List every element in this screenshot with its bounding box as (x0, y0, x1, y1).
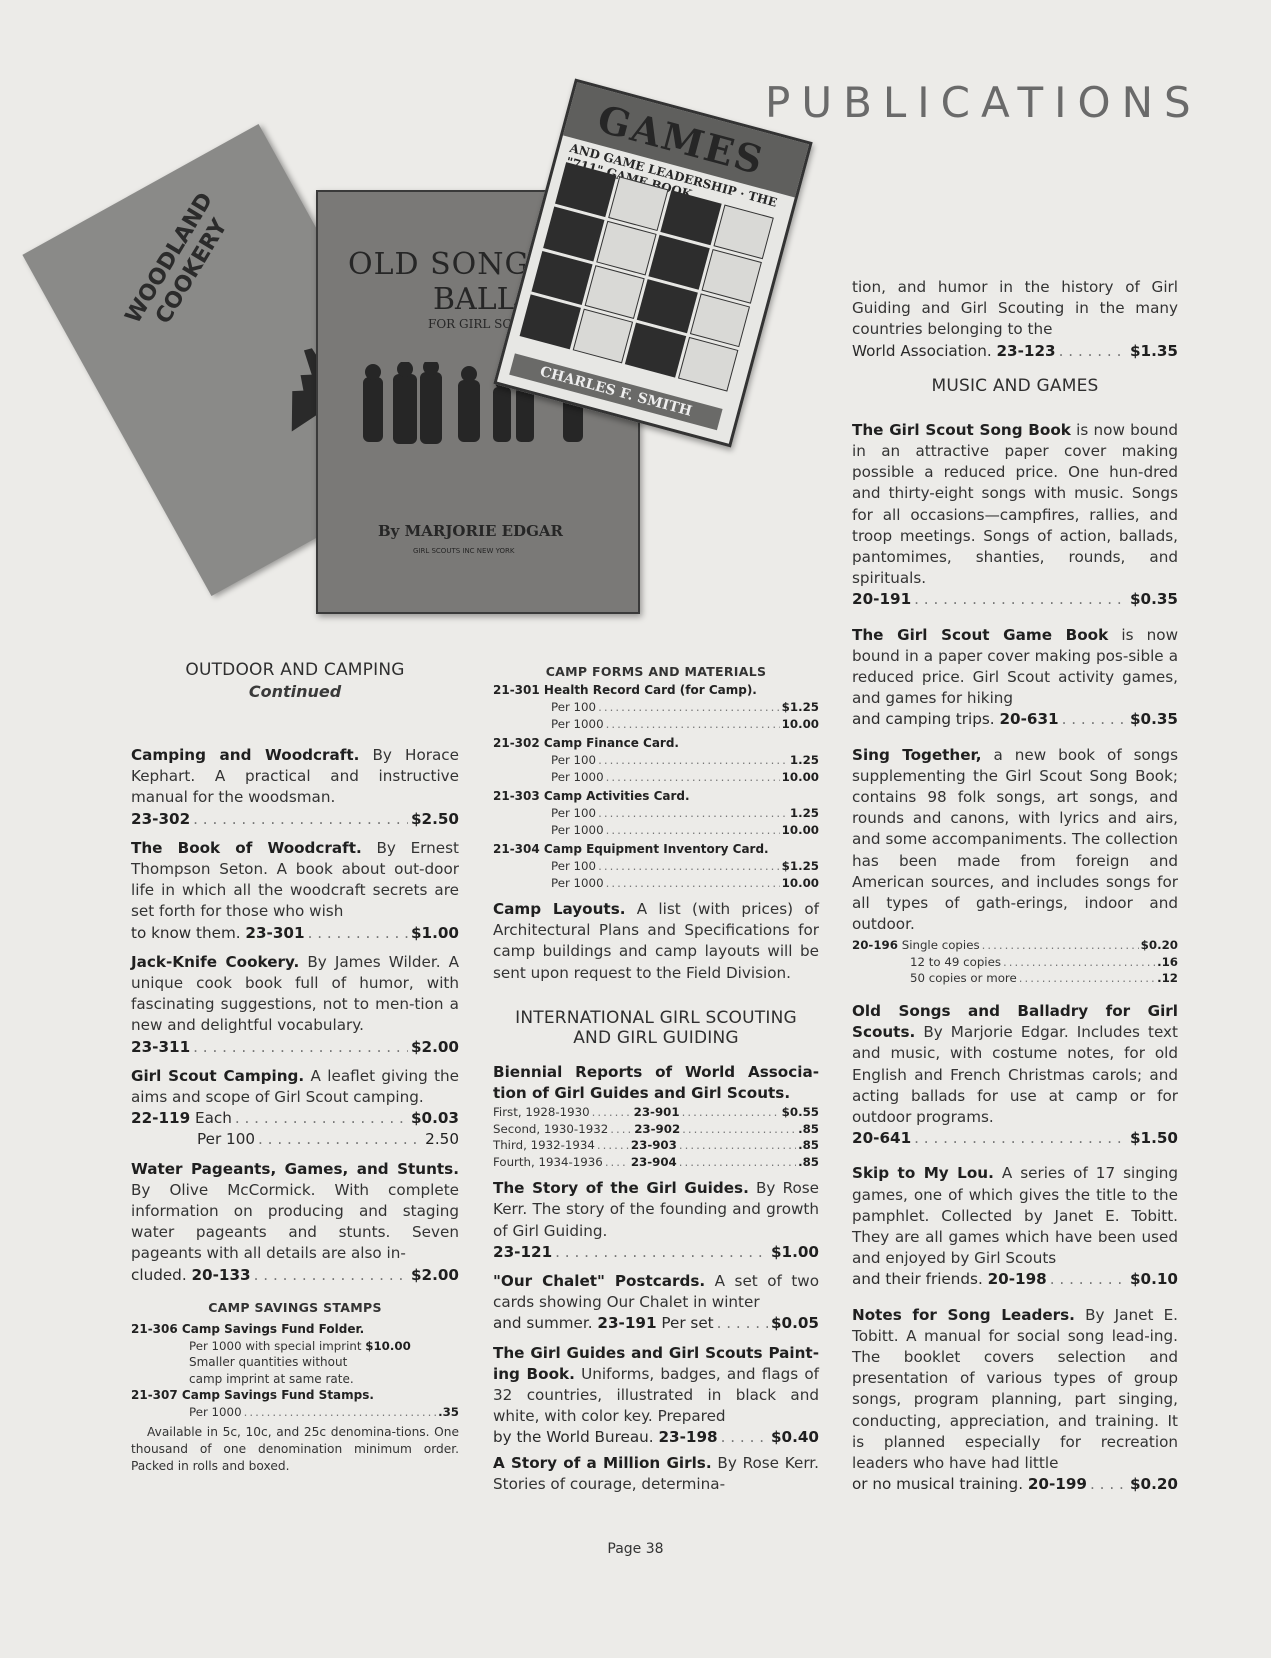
price-label: Per set (661, 1313, 713, 1334)
report-label: Third, 1932-1934 (493, 1137, 595, 1154)
report-label: Second, 1930-1932 (493, 1121, 608, 1138)
item-price: $0.20 (1141, 937, 1178, 954)
catalog-entry: The Story of the Girl Guides. By Rose Ke… (493, 1178, 819, 1263)
price-label: Per 100 (551, 858, 596, 875)
entry-description: and their friends. (852, 1269, 983, 1290)
item-title: Health Record Card (for Camp). (544, 683, 757, 697)
item-price: 10.00 (782, 769, 819, 786)
heading-line: AND GIRL GUIDING (493, 1028, 819, 1048)
item-price: $1.25 (782, 858, 819, 875)
item-code: 23-902 (634, 1121, 680, 1138)
item-price: $0.03 (411, 1108, 459, 1129)
item-price: .85 (798, 1121, 819, 1138)
report-label: First, 1928-1930 (493, 1104, 590, 1121)
entry-description: World Association. (852, 341, 992, 362)
form-item: 21-304 Camp Equipment Inventory Card. Pe… (493, 841, 819, 891)
price-label: Each (195, 1108, 232, 1129)
entry-title: The Story of the Girl Guides. (493, 1179, 749, 1197)
catalog-entry: Camp Layouts. A list (with prices) of Ar… (493, 899, 819, 984)
price-label: Per 100 (551, 805, 596, 822)
item-price: $0.35 (1130, 709, 1178, 730)
item-title: Camp Activities Card. (544, 789, 690, 803)
item-code: 21-304 (493, 842, 540, 856)
book-publisher: GIRL SCOUTS INC NEW YORK (413, 547, 514, 555)
entry-title: Skip to My Lou. (852, 1164, 994, 1182)
books-photo: WOODLAND COOKERY OLD SONGS BALLADR FOR G… (60, 55, 840, 635)
catalog-entry: The Girl Scout Song Book is now bound in… (852, 420, 1178, 611)
entry-title: Sing Together, (852, 746, 982, 764)
item-title: Camp Savings Fund Stamps. (182, 1388, 374, 1402)
item-price: .16 (1157, 954, 1178, 971)
form-item: 21-302 Camp Finance Card. Per 1001.25 Pe… (493, 735, 819, 785)
price-label: Per 1000 (551, 769, 604, 786)
item-code: 20-191 (852, 589, 911, 610)
item-code: 23-901 (634, 1104, 680, 1121)
item-price: $0.40 (771, 1427, 819, 1448)
entry-description: tion, and humor in the history of Girl G… (852, 278, 1178, 338)
middle-column: CAMP FORMS AND MATERIALS 21-301 Health R… (493, 664, 819, 1495)
entry-description: to know them. (131, 923, 241, 944)
price-label: Per 1000 (551, 822, 604, 839)
entry-description: is now bound in an attractive paper cove… (852, 421, 1178, 587)
price-label: Per 1000 (551, 716, 604, 733)
book-title-line: OLD SONGS (348, 247, 551, 282)
catalog-entry: Old Songs and Balladry for Girl Scouts. … (852, 1001, 1178, 1149)
item-code: 20-199 (1028, 1474, 1087, 1495)
item-code: 23-903 (631, 1137, 677, 1154)
catalog-entry: Sing Together, a new book of songs suppl… (852, 745, 1178, 987)
item-price: $1.25 (782, 699, 819, 716)
item-title: Camp Savings Fund Folder. (182, 1322, 364, 1336)
biennial-reports: Biennial Reports of World Associa-tion o… (493, 1062, 819, 1170)
entry-description: or no musical training. (852, 1474, 1023, 1495)
item-code: 23-191 (597, 1313, 656, 1334)
item-price: $0.20 (1130, 1474, 1178, 1495)
item-note: Smaller quantities without (131, 1354, 459, 1371)
item-price: $10.00 (365, 1338, 411, 1355)
item-price: $2.50 (411, 809, 459, 830)
section-heading: INTERNATIONAL GIRL SCOUTING AND GIRL GUI… (493, 1008, 819, 1048)
item-code: 23-198 (658, 1427, 717, 1448)
catalog-entry: "Our Chalet" Postcards. A set of two car… (493, 1271, 819, 1335)
section-heading: CAMP FORMS AND MATERIALS (493, 664, 819, 679)
item-title: Camp Equipment Inventory Card. (544, 842, 769, 856)
entry-title: The Girl Scout Game Book (852, 626, 1108, 644)
item-price: $0.35 (1130, 589, 1178, 610)
form-item: 21-301 Health Record Card (for Camp). Pe… (493, 682, 819, 732)
price-label: Per 1000 (551, 875, 604, 892)
entry-title: The Girl Scout Song Book (852, 421, 1071, 439)
price-label: Per 1000 (189, 1404, 242, 1421)
catalog-entry: The Girl Scout Game Book is now bound in… (852, 625, 1178, 731)
item-code: 21-306 (131, 1322, 178, 1336)
book-author: By MARJORIE EDGAR (378, 522, 563, 540)
stamp-item: 21-306 Camp Savings Fund Folder. Per 100… (131, 1321, 459, 1388)
price-label: 12 to 49 copies (910, 954, 1001, 971)
item-code: 23-311 (131, 1037, 190, 1058)
item-code: 22-119 (131, 1108, 190, 1129)
item-price: $0.05 (771, 1313, 819, 1334)
item-price: .35 (438, 1404, 459, 1421)
entry-description: by the World Bureau. (493, 1427, 654, 1448)
entry-description: cluded. (131, 1265, 187, 1286)
item-code: 23-904 (631, 1154, 677, 1171)
item-code: 20-196 (852, 937, 898, 954)
price-label: Per 1000 with special imprint (189, 1338, 362, 1355)
entry-description: By Janet E. Tobitt. A manual for social … (852, 1306, 1178, 1472)
catalog-entry: Skip to My Lou. A series of 17 singing g… (852, 1163, 1178, 1290)
item-price: $2.00 (411, 1265, 459, 1286)
catalog-entry: Notes for Song Leaders. By Janet E. Tobi… (852, 1305, 1178, 1496)
item-price: .85 (798, 1137, 819, 1154)
item-price: $1.50 (1130, 1128, 1178, 1149)
item-code: 20-133 (191, 1265, 250, 1286)
price-label: 50 copies or more (910, 970, 1017, 987)
entry-title: Jack-Knife Cookery. (131, 953, 299, 971)
item-price: 2.50 (425, 1129, 459, 1150)
item-code: 23-301 (245, 923, 304, 944)
item-price: $1.00 (771, 1242, 819, 1263)
item-code: 20-198 (988, 1269, 1047, 1290)
item-code: 23-121 (493, 1242, 552, 1263)
left-column: OUTDOOR AND CAMPING Continued Camping an… (131, 660, 459, 1475)
entry-title: Camping and Woodcraft. (131, 746, 359, 764)
price-label: Per 100 (197, 1129, 255, 1150)
catalog-entry: The Girl Guides and Girl Scouts Paint-in… (493, 1343, 819, 1449)
stamps-note: Available in 5c, 10c, and 25c denomina-t… (131, 1424, 459, 1475)
item-code: 21-307 (131, 1388, 178, 1402)
item-price: $1.35 (1130, 341, 1178, 362)
item-price: .12 (1157, 970, 1178, 987)
section-heading: CAMP SAVINGS STAMPS (131, 1300, 459, 1315)
entry-description: By Olive McCormick. With complete inform… (131, 1181, 459, 1263)
item-code: 20-631 (999, 709, 1058, 730)
catalog-entry: Water Pageants, Games, and Stunts. By Ol… (131, 1159, 459, 1286)
item-price: $0.55 (782, 1104, 819, 1121)
entry-title: "Our Chalet" Postcards. (493, 1272, 705, 1290)
item-note: camp imprint at same rate. (131, 1371, 459, 1388)
item-code: 23-123 (996, 341, 1055, 362)
price-label: Per 100 (551, 699, 596, 716)
item-title: Camp Finance Card. (544, 736, 679, 750)
item-price: 10.00 (782, 875, 819, 892)
entry-title: The Book of Woodcraft. (131, 839, 362, 857)
item-code: 20-641 (852, 1128, 911, 1149)
page-number: Page 38 (0, 1541, 1271, 1557)
catalog-entry: The Book of Woodcraft. By Ernest Thompso… (131, 838, 459, 944)
catalog-entry: Girl Scout Camping. A leaflet giving the… (131, 1066, 459, 1151)
entry-title: Girl Scout Camping. (131, 1067, 304, 1085)
item-code: 23-302 (131, 809, 190, 830)
item-code: 21-301 (493, 683, 540, 697)
item-price: 10.00 (782, 822, 819, 839)
stamp-item: 21-307 Camp Savings Fund Stamps. Per 100… (131, 1387, 459, 1421)
entry-description: and summer. (493, 1313, 593, 1334)
catalog-entry: A Story of a Million Girls. By Rose Kerr… (493, 1453, 819, 1495)
catalog-entry: Camping and Woodcraft. By Horace Kephart… (131, 745, 459, 830)
item-code: 21-302 (493, 736, 540, 750)
item-price: $0.10 (1130, 1269, 1178, 1290)
item-price: 1.25 (790, 752, 819, 769)
entry-title: A Story of a Million Girls. (493, 1454, 712, 1472)
heading-line: INTERNATIONAL GIRL SCOUTING (493, 1008, 819, 1028)
item-code: 21-303 (493, 789, 540, 803)
entry-title: Camp Layouts. (493, 900, 626, 918)
catalog-entry: Jack-Knife Cookery. By James Wilder. A u… (131, 952, 459, 1058)
book-cover-games: GAMES AND GAME LEADERSHIP · THE "711" GA… (493, 79, 812, 448)
section-heading: OUTDOOR AND CAMPING (131, 660, 459, 680)
right-column: tion, and humor in the history of Girl G… (852, 277, 1178, 1495)
entry-title: Notes for Song Leaders. (852, 1306, 1075, 1324)
section-subheading: Continued (131, 682, 459, 701)
catalog-entry-continued: tion, and humor in the history of Girl G… (852, 277, 1178, 362)
price-label: Single copies (902, 937, 980, 954)
entry-description: and camping trips. (852, 709, 995, 730)
price-label: Per 100 (551, 752, 596, 769)
item-price: .85 (798, 1154, 819, 1171)
form-item: 21-303 Camp Activities Card. Per 1001.25… (493, 788, 819, 838)
item-price: 10.00 (782, 716, 819, 733)
item-price: 1.25 (790, 805, 819, 822)
entry-title: Water Pageants, Games, and Stunts. (131, 1160, 459, 1178)
entry-description: a new book of songs supplementing the Gi… (852, 746, 1178, 934)
item-price: $2.00 (411, 1037, 459, 1058)
item-price: $1.00 (411, 923, 459, 944)
report-label: Fourth, 1934-1936 (493, 1154, 603, 1171)
entry-title: Biennial Reports of World Associa-tion o… (493, 1063, 819, 1102)
section-heading: MUSIC AND GAMES (852, 376, 1178, 396)
